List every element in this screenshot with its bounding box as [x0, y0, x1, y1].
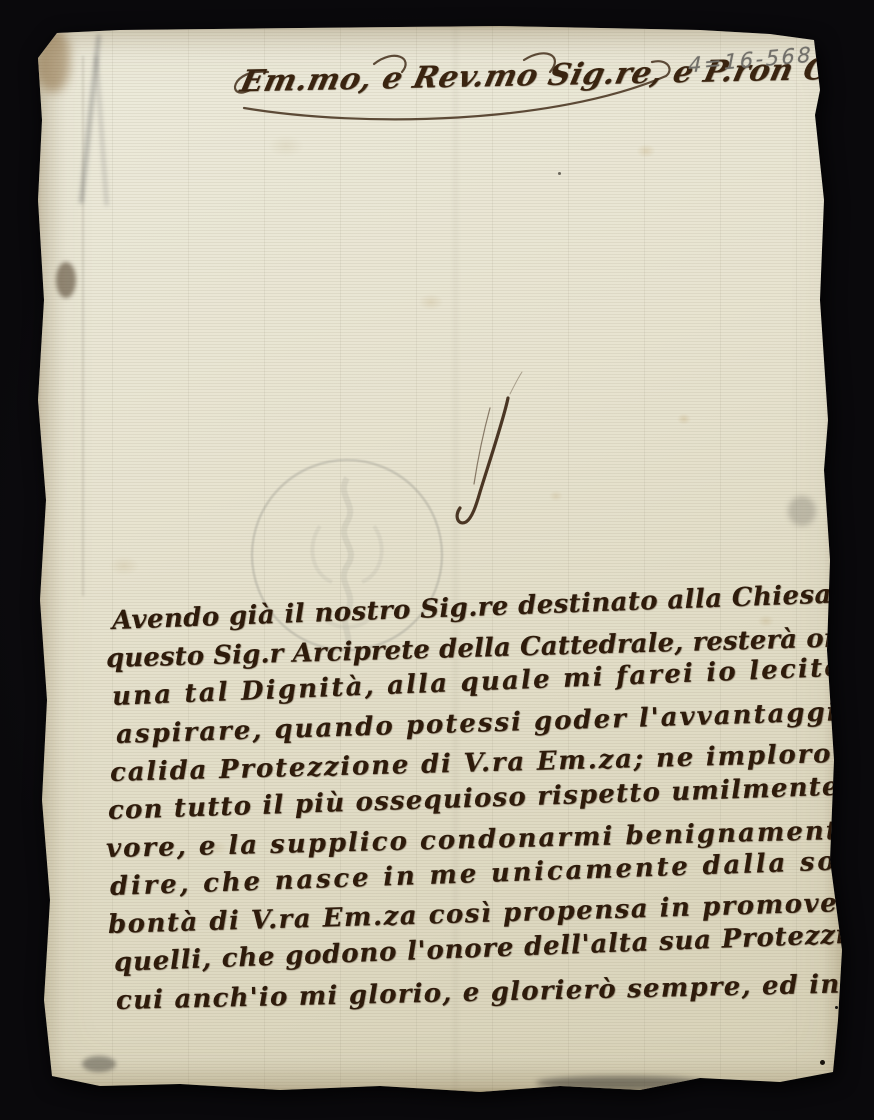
ink-smudge-streak — [79, 34, 101, 203]
paper-shadow-wrap: Em.mo, e Rev.mo Sig.re, e P.ron Col.mo 4… — [0, 0, 874, 1120]
edge-smudge — [788, 496, 816, 526]
letter-body: Avendo già il nostro Sig.re destinato al… — [106, 602, 836, 1020]
manuscript-page: Em.mo, e Rev.mo Sig.re, e P.ron Col.mo 4… — [36, 26, 848, 1092]
ink-stroke — [457, 372, 522, 523]
edge-ink-blot — [56, 262, 76, 298]
corner-stain — [36, 30, 70, 92]
ink-speck — [820, 1060, 825, 1065]
salutation-block: Em.mo, e Rev.mo Sig.re, e P.ron Col.mo — [224, 42, 676, 128]
ink-smudge-streak — [95, 56, 108, 206]
salutation-text: Em.mo, e Rev.mo Sig.re, e P.ron Col.mo — [237, 56, 667, 100]
edge-smudge — [536, 1076, 706, 1090]
photograph-stage: Em.mo, e Rev.mo Sig.re, e P.ron Col.mo 4… — [0, 0, 874, 1120]
corner-smudge — [82, 1056, 116, 1072]
ink-speck — [558, 172, 561, 175]
crease-line — [82, 56, 84, 596]
